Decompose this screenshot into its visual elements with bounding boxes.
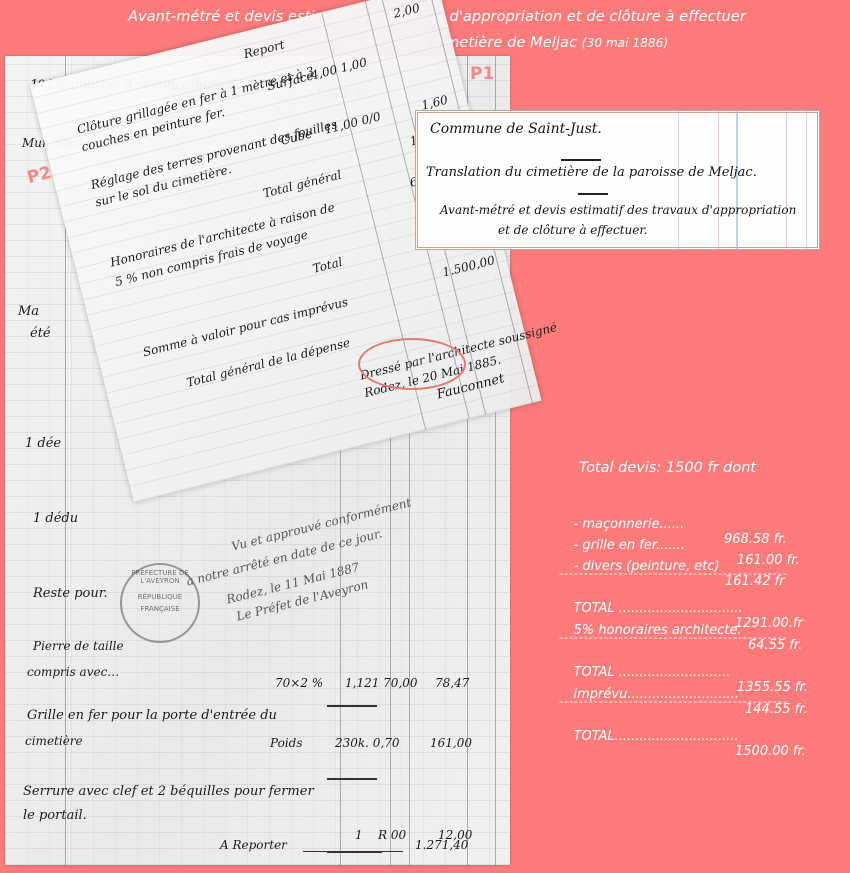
inset-line-1: Commune de Saint-Just. <box>430 121 602 137</box>
summary-divider: ----------------------------------------… <box>559 631 799 644</box>
summary-amount: 968.58 fr. <box>724 532 786 547</box>
stamp-arc-text: PRÉFECTURE DE L'AVEYRON <box>122 569 198 585</box>
summary-amount: 161.00 fr. <box>737 553 799 568</box>
stamp-center-1: RÉPUBLIQUE <box>122 593 198 601</box>
summary-amount: 1355.55 fr. <box>737 680 808 695</box>
ledger-row-sub: le portail. <box>23 808 87 823</box>
summary-divider: ----------------------------------------… <box>559 567 799 580</box>
ledger-qty-label: Poids <box>270 736 303 750</box>
ledger-row-sub: compris avec… <box>27 665 119 679</box>
summary-line-grand-total: TOTAL.............................. 1500… <box>557 714 739 774</box>
ledger-unit: 1,121 70,00 <box>345 676 418 690</box>
ledger-unit: R 00 <box>378 828 406 842</box>
ledger-qty: 1 <box>355 828 363 842</box>
ledger-unit: 230k. 0,70 <box>335 736 400 750</box>
summary-label: TOTAL.............................. <box>574 729 739 744</box>
p2-amount: 2,00 <box>392 1 421 21</box>
ledger-row-label: Ma <box>18 304 39 319</box>
rule <box>327 778 377 780</box>
ledger-calc: 70×2 % <box>275 676 323 690</box>
ledger-row-label: Reste pour. <box>33 586 108 601</box>
rule <box>327 705 377 707</box>
inset-header-card: Commune de Saint-Just. Translation du ci… <box>415 110 820 250</box>
inset-line-4: et de clôture à effectuer. <box>498 223 648 237</box>
ledger-row-sub: été <box>30 326 51 341</box>
rule <box>303 851 403 852</box>
p2-total-amount: 1.500,00 <box>441 253 496 280</box>
ledger-row-label: Grille en fer pour la porte d'entrée du <box>27 708 277 723</box>
stamp-center-2: FRANÇAISE <box>122 605 198 613</box>
p2-row-label: Total <box>311 255 344 276</box>
prefecture-stamp: PRÉFECTURE DE L'AVEYRON RÉPUBLIQUE FRANÇ… <box>120 563 200 643</box>
report-label: Report <box>242 37 286 61</box>
p2-unit: 4,00 1,00 <box>309 55 368 82</box>
ledger-row-label: 1 dédu <box>33 511 78 526</box>
carry-out-amount: 1.271,40 <box>415 838 468 852</box>
ledger-row-sub: cimetière <box>25 734 83 748</box>
p2-unit: 11,00 0/0 <box>323 109 382 136</box>
summary-heading: Total devis: 1500 fr dont <box>579 460 756 476</box>
carry-out-label: A Reporter <box>220 838 287 852</box>
ledger-row-label: 1 dée <box>25 436 61 451</box>
title-date: (30 mai 1886) <box>582 36 668 50</box>
ledger-row-label: Pierre de taille <box>33 639 124 653</box>
highlight-circle <box>358 338 466 390</box>
summary-divider: ----------------------------------------… <box>559 695 799 708</box>
summary-amount: 1500.00 fr. <box>735 744 806 759</box>
ledger-amount: 78,47 <box>435 676 469 690</box>
underline <box>561 159 601 161</box>
p2-row-label: Total général de la dépense <box>185 335 351 389</box>
ledger-row-label: Serrure avec clef et 2 béquilles pour fe… <box>23 784 314 799</box>
inset-line-2: Translation du cimetière de la paroisse … <box>426 165 757 180</box>
ledger-amount: 161,00 <box>430 736 472 750</box>
inset-line-3: Avant-métré et devis estimatif des trava… <box>440 203 796 217</box>
underline <box>578 193 608 195</box>
summary-amount: 1291.00.fr <box>735 616 803 631</box>
page-tag-p1: P1 <box>470 64 494 84</box>
p2-row-label: Total général <box>262 168 343 201</box>
